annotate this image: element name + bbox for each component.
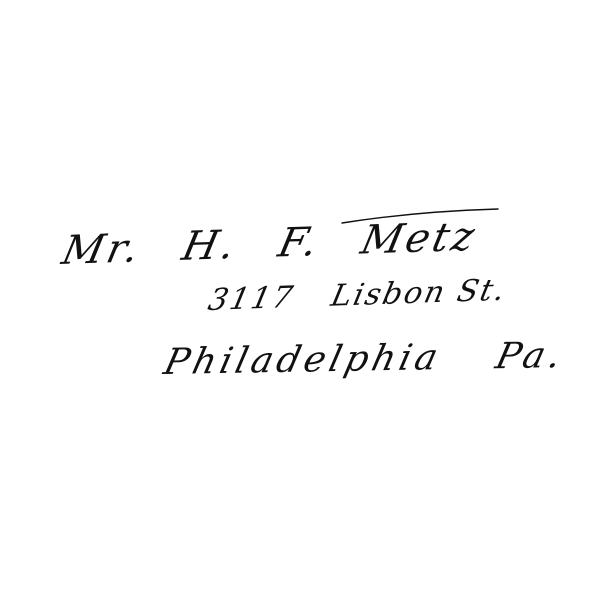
state: Pa. xyxy=(492,335,569,377)
salutation: Mr. xyxy=(58,225,146,274)
recipient-name-line: Mr. H. F. Metz xyxy=(58,214,481,274)
city: Philadelphia xyxy=(160,337,446,383)
city-state-line: Philadelphia Pa. xyxy=(160,335,569,383)
street-address-line: 3117 Lisbon St. xyxy=(205,273,510,318)
street-name: Lisbon St. xyxy=(328,273,510,314)
street-number: 3117 xyxy=(205,280,298,318)
first-initial: H. xyxy=(178,222,242,270)
surname: Metz xyxy=(357,214,482,264)
middle-initial: F. xyxy=(274,219,324,266)
